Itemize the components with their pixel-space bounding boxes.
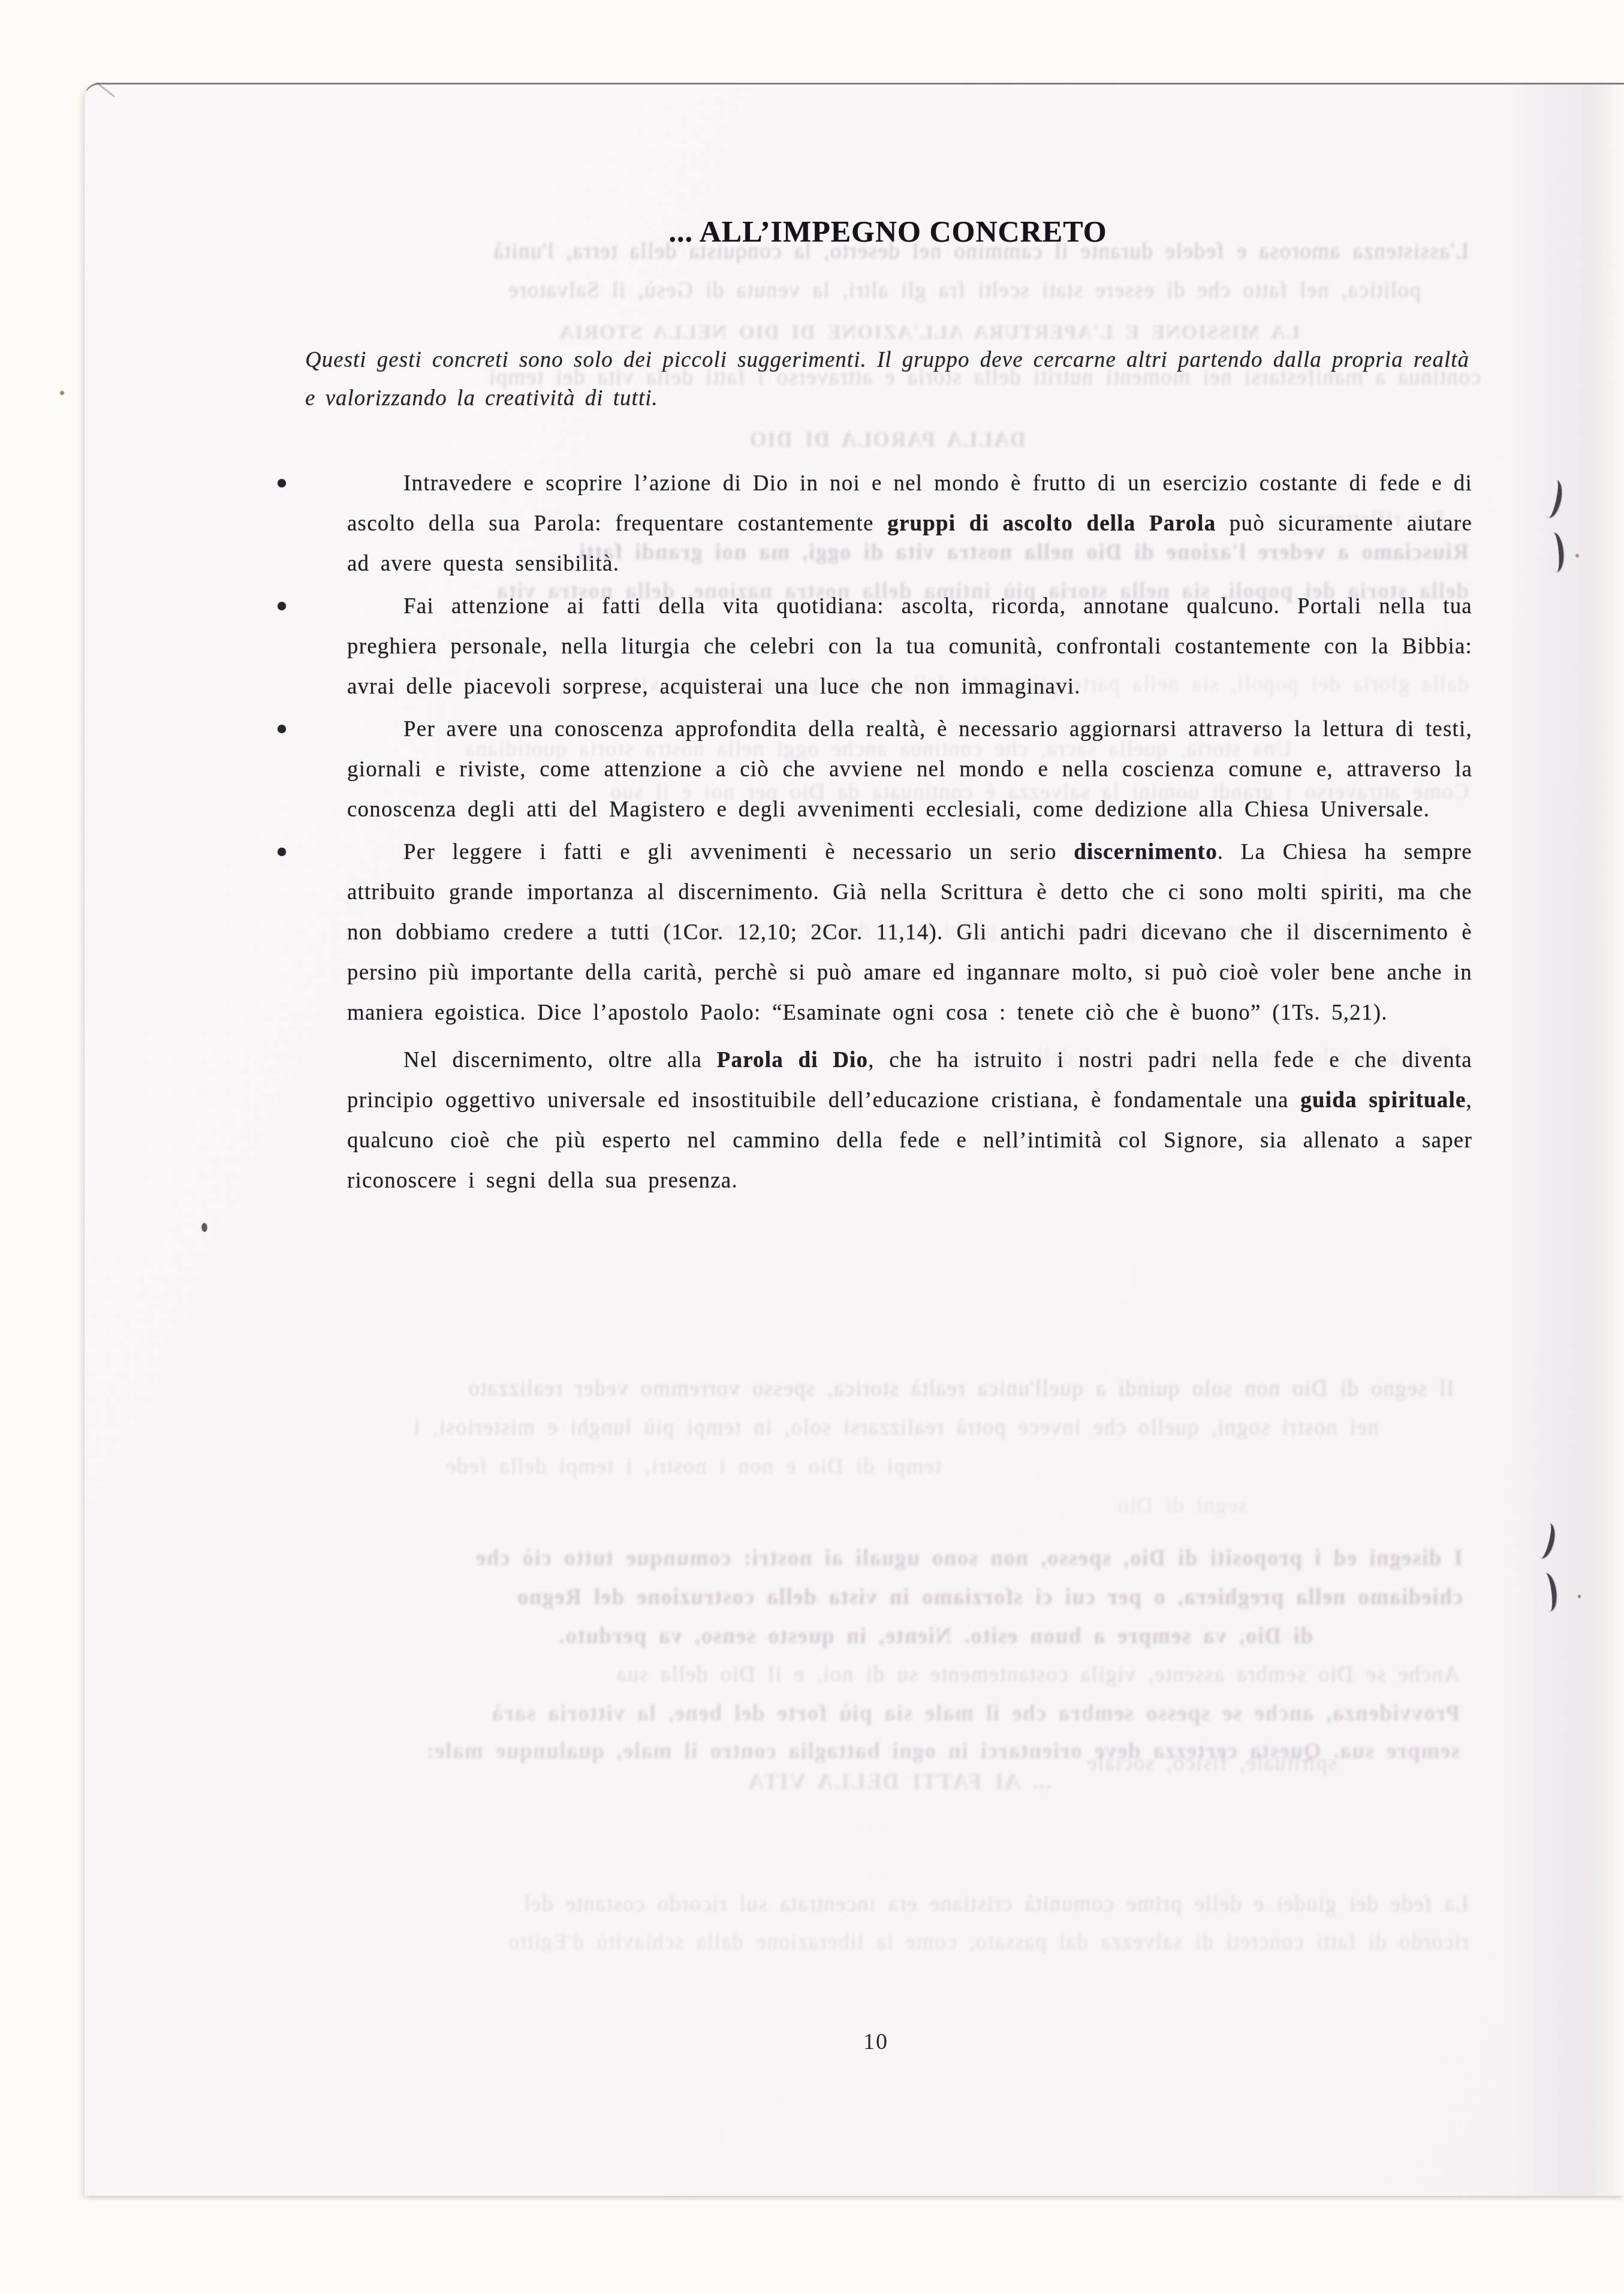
bullet-item: Fai attenzione ai fatti della vita quoti…	[347, 586, 1472, 707]
bold-phrase: discernimento	[1074, 840, 1218, 864]
bullet-dot	[278, 479, 286, 487]
text-run: Fai attenzione ai fatti della vita quoti…	[347, 594, 1472, 699]
bullet-dot	[278, 848, 286, 856]
bullet-text: Per leggere i fatti e gli avvenimenti è …	[347, 832, 1472, 1033]
corner-fold-mark	[96, 82, 115, 98]
bold-phrase: guida spirituale	[1300, 1088, 1466, 1113]
bullet-item: Per avere una conoscenza approfondita de…	[347, 709, 1472, 830]
page-title: ... ALL’IMPEGNO CONCRETO	[306, 214, 1469, 249]
body-text-column: Intravedere e scoprire l’azione di Dio i…	[347, 463, 1472, 1201]
bullet-text: Intravedere e scoprire l’azione di Dio i…	[347, 463, 1472, 584]
dust-speck	[59, 390, 65, 396]
text-run: Per leggere i fatti e gli avvenimenti è …	[403, 840, 1074, 864]
page-binding-shade	[1505, 85, 1624, 2196]
bullet-text: Fai attenzione ai fatti della vita quoti…	[347, 586, 1472, 707]
bullet-text: Per avere una conoscenza approfondita de…	[347, 709, 1472, 830]
bullet-item: Per leggere i fatti e gli avvenimenti è …	[347, 832, 1472, 1033]
bold-phrase: gruppi di ascolto della Parola	[887, 511, 1216, 536]
bold-phrase: Parola di Dio	[717, 1048, 869, 1072]
text-run: Per avere una conoscenza approfondita de…	[347, 717, 1472, 822]
text-run: Nel discernimento, oltre alla	[403, 1048, 717, 1072]
paper-sheet: ... ALL’IMPEGNO CONCRETO Questi gesti co…	[84, 83, 1624, 2196]
intro-paragraph: Questi gesti concreti sono solo dei picc…	[305, 341, 1469, 418]
bullet-item: Intravedere e scoprire l’azione di Dio i…	[347, 463, 1472, 584]
page-number: 10	[294, 2029, 1457, 2055]
bullet-dot	[278, 725, 286, 733]
scanned-page: ... ALL’IMPEGNO CONCRETO Questi gesti co…	[0, 0, 1624, 2293]
text-run: . La Chiesa ha sempre attribuito grande …	[347, 840, 1472, 1025]
bullet-dot	[278, 602, 286, 610]
closing-paragraph: Nel discernimento, oltre alla Parola di …	[347, 1040, 1472, 1201]
bullet-list: Intravedere e scoprire l’azione di Dio i…	[347, 463, 1472, 1033]
